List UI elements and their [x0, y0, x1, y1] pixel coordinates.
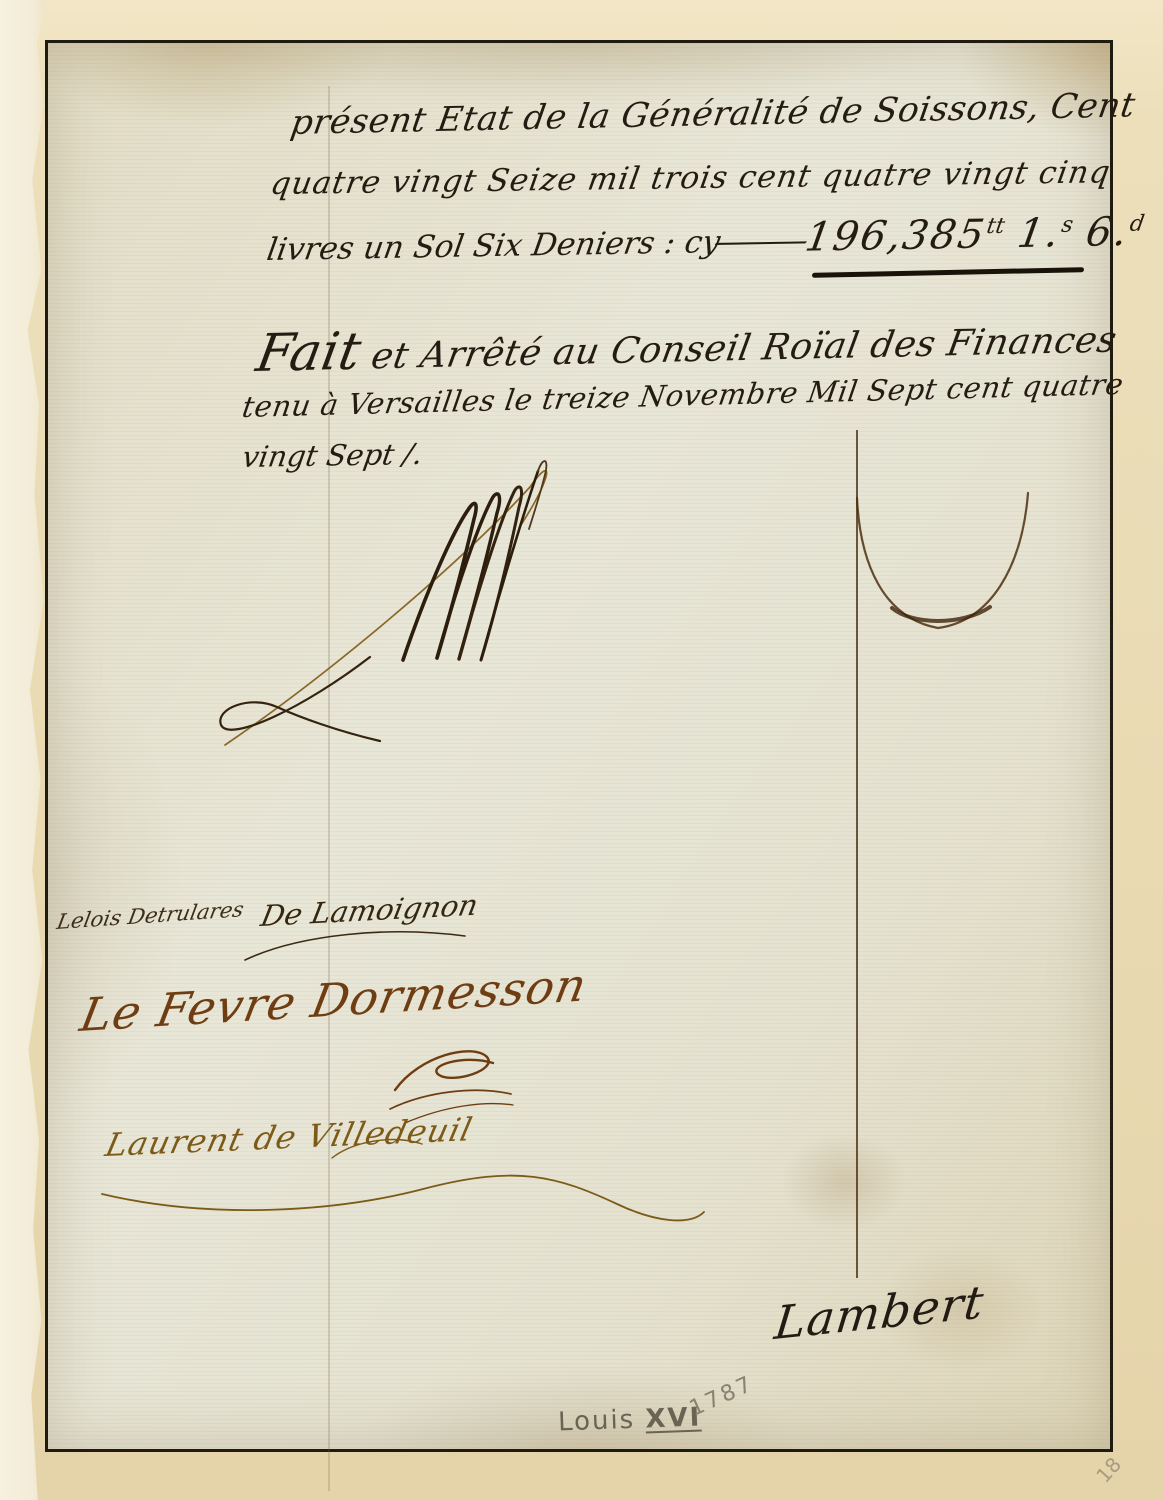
sols-superscript: s	[1060, 213, 1075, 238]
body-line-3-text: livres un Sol Six Deniers : cy	[264, 224, 722, 268]
deniers-superscript: d	[1128, 211, 1146, 236]
corner-page-mark: 18	[1091, 1453, 1126, 1488]
amount-livres: 196,385	[802, 212, 989, 261]
pencil-attribution-note: Louis XVI	[558, 1403, 702, 1438]
paper-deckled-edge	[0, 0, 46, 1500]
royal-signature-louis	[185, 445, 655, 755]
livres-superscript: tt	[985, 214, 1007, 239]
closing-lead-word: Fait	[252, 322, 366, 384]
lamoignon-flourish	[240, 918, 470, 968]
pencil-king-name: Louis	[558, 1405, 636, 1438]
amount-deniers: 6.	[1083, 209, 1133, 256]
manuscript-scan: { "manuscript": { "body_lines": [ "prése…	[0, 0, 1163, 1500]
amount-figure: 196,385tt 1.s 6.d	[802, 209, 1147, 261]
amount-sols: 1.	[1014, 210, 1064, 257]
vertical-fold-line	[328, 86, 330, 1491]
ledger-dash: —	[709, 223, 814, 261]
bracket-flourish	[850, 458, 1040, 653]
villedeuil-flourish	[92, 1132, 712, 1242]
